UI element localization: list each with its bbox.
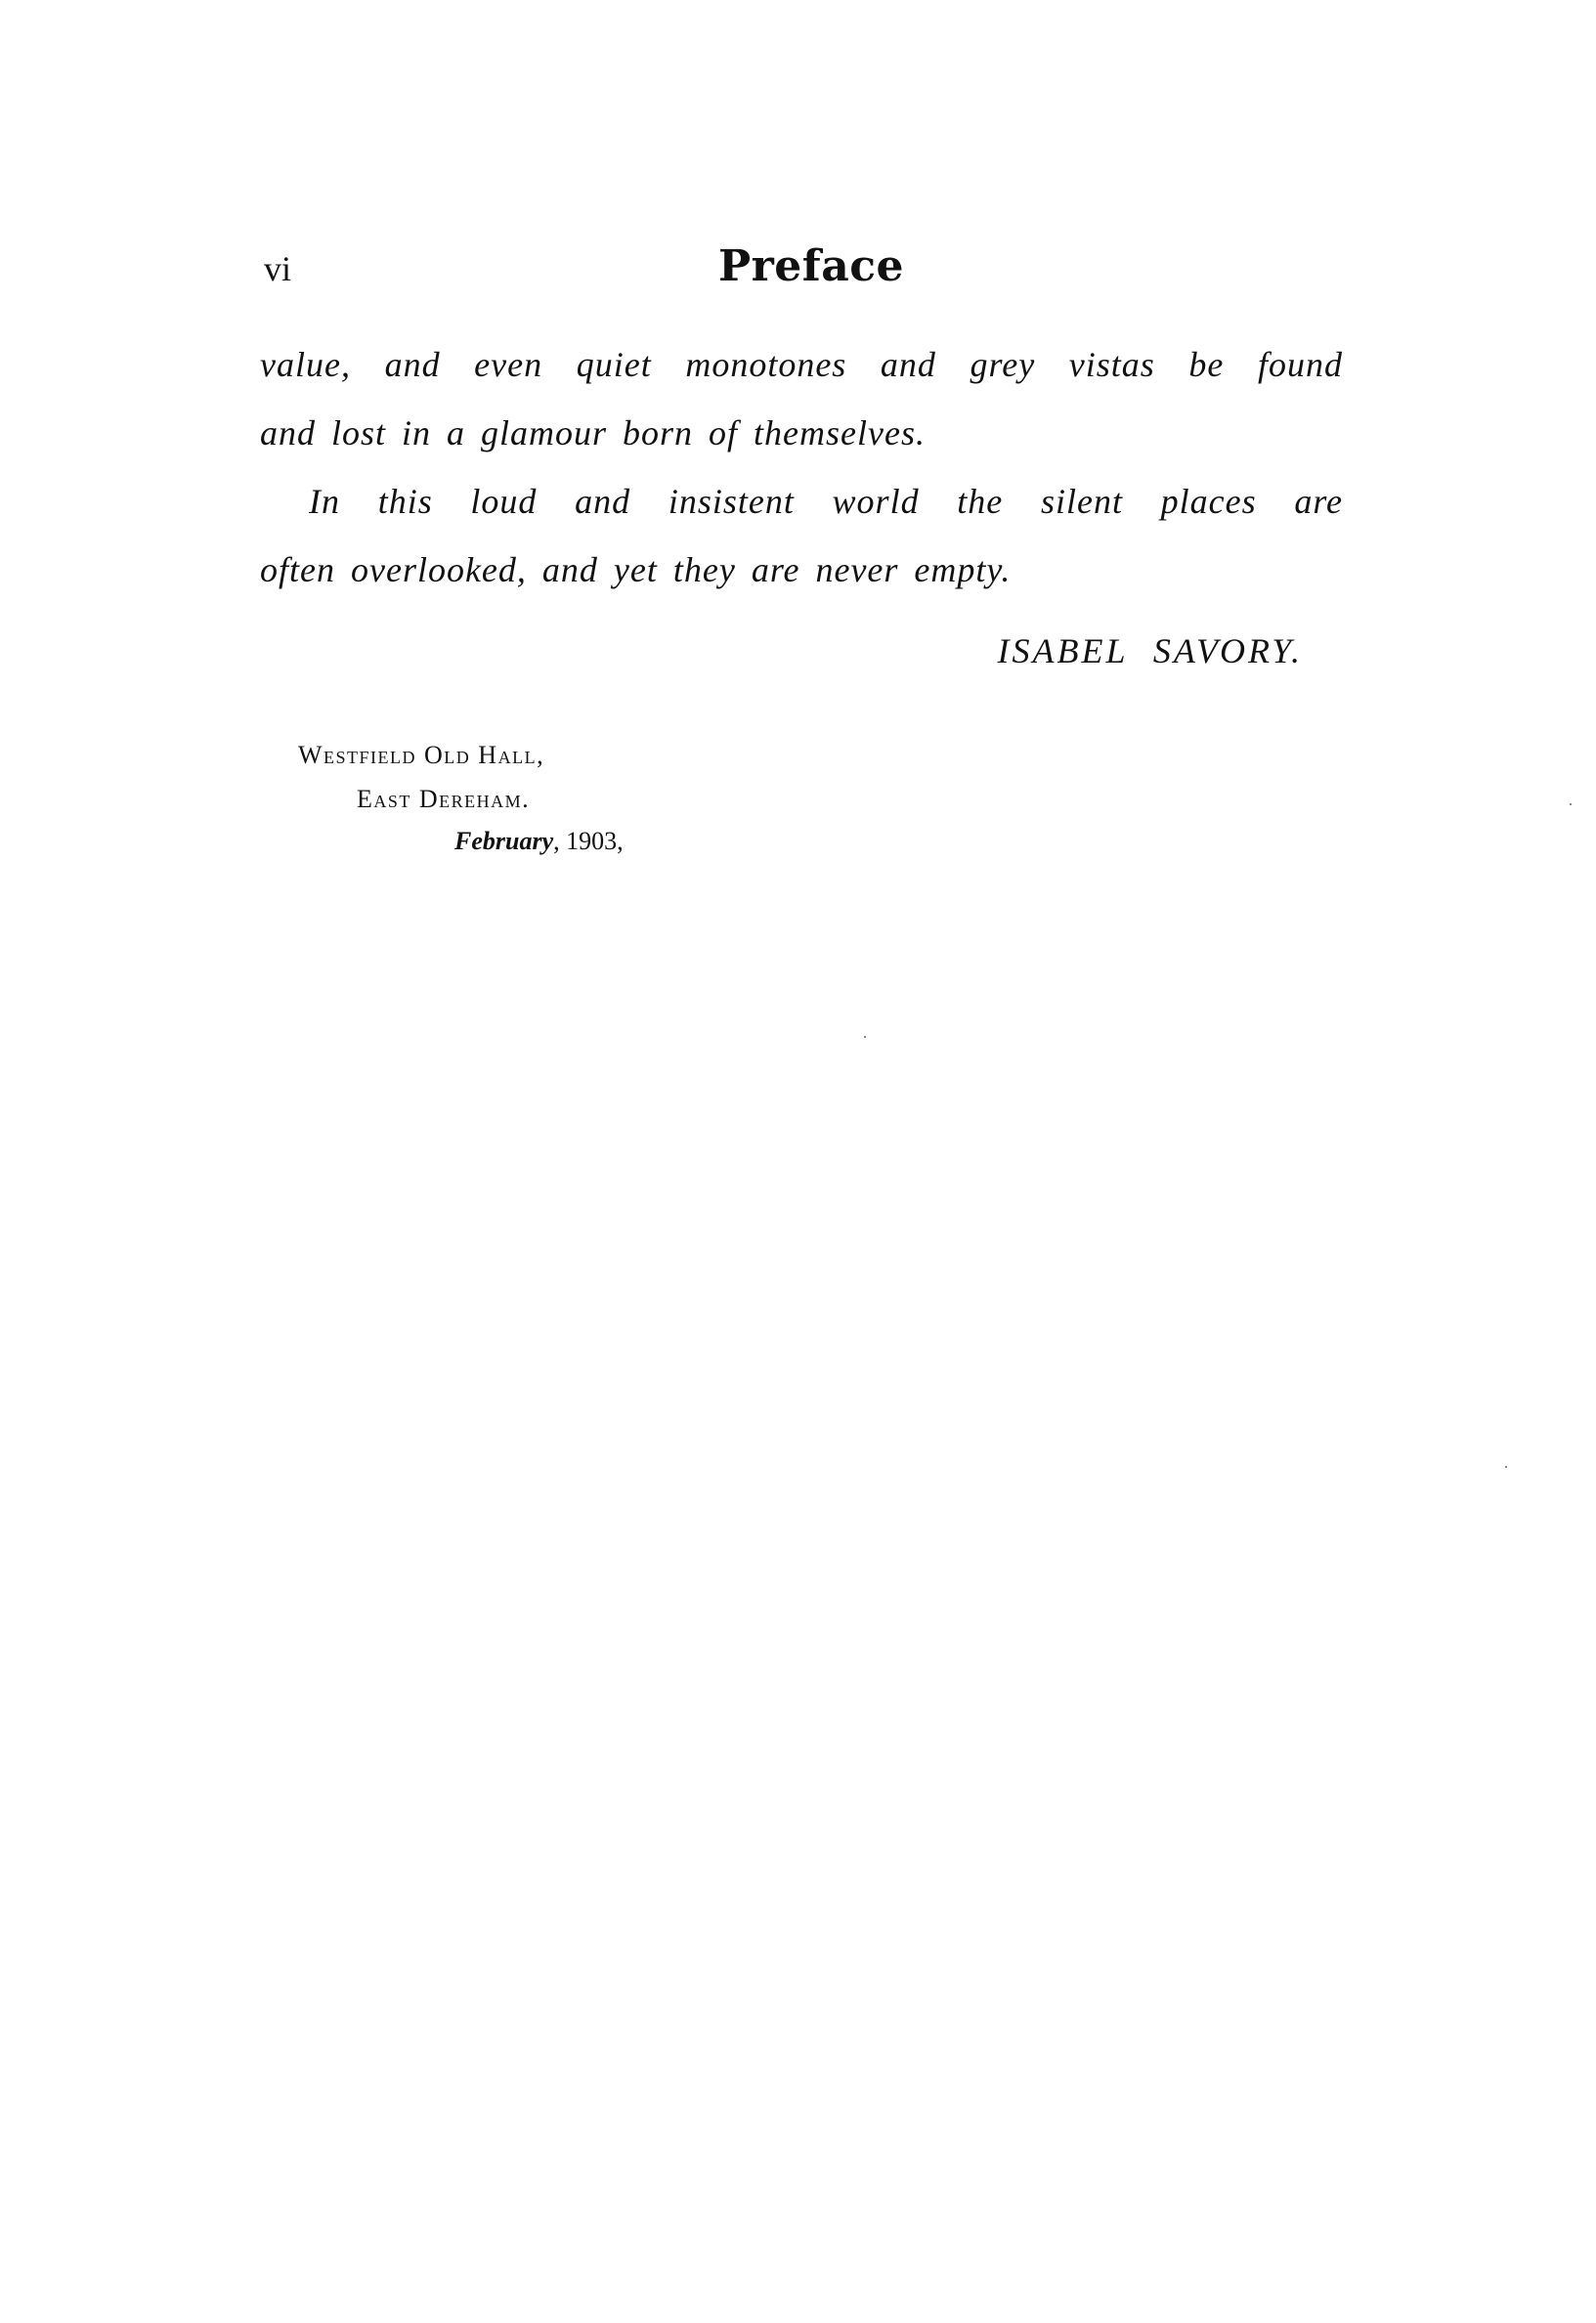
date-month: February bbox=[454, 827, 553, 855]
address-line-2: East Dereham. bbox=[357, 785, 530, 814]
preface-date: February, 1903, bbox=[454, 827, 624, 856]
scan-speck bbox=[1505, 1466, 1507, 1468]
running-head: Preface bbox=[0, 241, 1596, 291]
text-line: In this loud and insistent world the sil… bbox=[260, 481, 1343, 522]
text-line: value, and even quiet monotones and grey… bbox=[260, 344, 1343, 385]
text-line: often overlooked, and yet they are never… bbox=[260, 549, 1343, 590]
text-line: and lost in a glamour born of themselves… bbox=[260, 412, 1343, 453]
author-signature: ISABEL SAVORY. bbox=[998, 630, 1304, 671]
scan-speck bbox=[1570, 803, 1572, 805]
scan-speck bbox=[864, 1036, 866, 1038]
date-year: , 1903, bbox=[553, 827, 624, 855]
address-line-1: Westfield Old Hall, bbox=[298, 741, 544, 770]
